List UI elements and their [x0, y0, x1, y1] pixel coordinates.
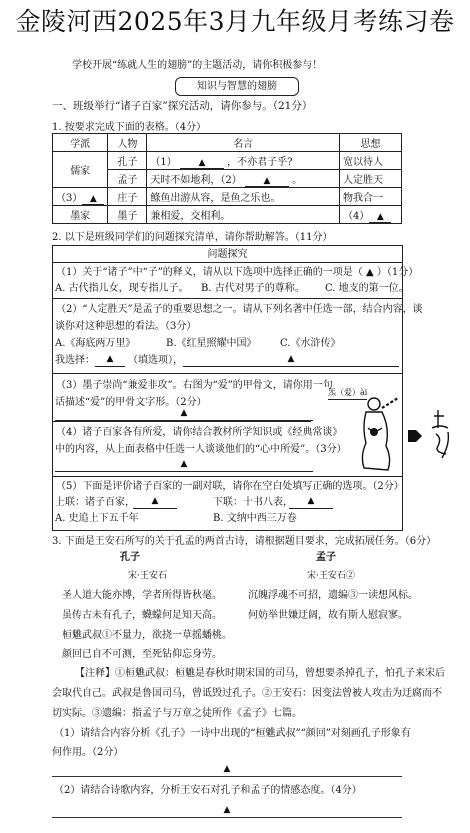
person-cell: 孟子 [108, 170, 147, 188]
person-figure-icon [352, 388, 462, 478]
section-banner: 知识与智慧的翅膀 [175, 77, 299, 96]
sub2-text-1: （2）“人定胜天”是孟子的重要思想之一。请从下列名著中任选一部，结合内容，谈 [56, 303, 423, 316]
notes-line: 会取代自己。武叔是鲁国司马，曾诋毁过孔子。②王安石：因变法曾被人攻击为迂腐而不 [52, 687, 442, 700]
table-header-row: 学派 人物 名言 思想 [53, 134, 402, 152]
q3-sub2-answer-line[interactable]: ▲ [52, 804, 402, 818]
header-quote: 名言 [147, 134, 340, 152]
school-cell: （3）▲ [53, 188, 108, 206]
person-cell: 孔子 [108, 152, 147, 170]
answer-blank-3[interactable]: ▲ [82, 194, 104, 205]
school-label: （3） [56, 193, 82, 204]
sub2-answer-line[interactable]: ▲ [183, 353, 399, 367]
inquiry-box-title: 问题探究 [53, 248, 402, 261]
sub4-text-1: （4）诸子百家各有所爱，请你结合教材所学知识或《经典常谈》 [56, 426, 342, 439]
sub2-text-2: 谈你对这种思想的看法。（3分） [55, 320, 196, 333]
header-thought: 思想 [340, 134, 402, 152]
q3-sub2-text: （2）请结合诗歌内容，分析王安石对孔子和孟子的情感态度。（4分） [54, 784, 362, 797]
q3-sub1-answer-line[interactable]: ▲ [52, 763, 402, 777]
sub1-option-b: B. 古代对男子的尊称。 [201, 282, 305, 295]
poem2-line: 何妨举世嫌迂阔，故有斯人慰寂寥。 [248, 609, 408, 622]
question-3-prompt: 3. 下面是王安石所写的关于孔孟的两首古诗，请根据题目要求，完成拓展任务。（6分… [52, 535, 436, 548]
q3-sub1-text-2: 何作用。（2分） [52, 746, 123, 759]
sub2-option-c: C.《水浒传》 [280, 337, 340, 350]
poem2-author: 宋·王安石② [307, 570, 355, 583]
sub4-answer-line[interactable]: ▲ [55, 458, 313, 472]
quote-cell: 兼相爱，交相利。 [147, 206, 340, 224]
poem1-line: 颜回已自不可测，至死钻仰忘身劳。 [62, 648, 222, 661]
q3-sub1-text-1: （1）请结合内容分析《孔子》一诗中出现的“桓魋武叔”“颜回”对刻画孔子形象有 [54, 727, 411, 740]
sub1-option-c: C. 地支的第一位。 [325, 282, 409, 295]
couplet-upper-label: 上联：诸子百家， [55, 496, 135, 509]
thought-label: （4） [343, 211, 369, 222]
page-title: 金陵河西2025年3月九年级月考练习卷 [0, 2, 470, 38]
thought-cell: 物我合一 [340, 188, 402, 206]
quote-suffix: 。 [292, 175, 302, 186]
oracle-character-icon [432, 410, 448, 458]
sub3-text-1: （3）墨子崇尚“兼爱非攻”。右图为“爱”的甲骨文，请你用一句 [56, 379, 333, 392]
couplet-lower-label: 下联：十书八表， [213, 496, 293, 509]
poem1-line: 圣人道大能亦博，学者所得皆秋毫。 [62, 589, 222, 602]
quote-suffix: ，不亦君子乎? [227, 157, 292, 168]
sub1-option-a: A. 古代指儿女，现专指儿子。 [55, 282, 189, 295]
person-cell: 墨子 [108, 206, 147, 224]
sub5-option-a: A. 史追上下五千年 [55, 512, 139, 525]
table-row: 儒家 孔子 （1） ▲ ，不亦君子乎? 宽以待人 [53, 152, 402, 170]
sub2-fill-label: （填选项）， [128, 354, 183, 367]
quote-cell: 天时不如地利，（2） ▲ 。 [147, 170, 340, 188]
school-cell: 墨家 [53, 206, 108, 224]
answer-blank-2[interactable]: ▲ [245, 176, 289, 187]
thought-cell: 宽以待人 [340, 152, 402, 170]
sub5-text: （5）下面是评价诸子百家的一副对联，请你在空白处填写正确的选项。（2分） [56, 480, 404, 493]
sub2-option-b: B.《红星照耀中国》 [166, 337, 257, 350]
couplet-lower-blank[interactable]: ▲ [289, 495, 333, 509]
notes-line: 【注释】①桓魋武叔：桓魋是春秋时期宋国的司马，曾想要杀掉孔子，怕孔子来宋后 [75, 667, 445, 680]
poem1-line: 虽传古未有孔子，蠛蠓何足知天高。 [62, 609, 222, 622]
oracle-bone-illustration [352, 388, 462, 478]
poem2-line: 沉魄浮魂不可招，遗编③一读想风标。 [248, 589, 418, 602]
sub2-option-a: A.《海底两万里》 [55, 337, 135, 350]
intro-text: 学校开展“练就人生的翅膀”的主题活动，请你积极参与！ [72, 59, 322, 72]
sub2-choice-blank[interactable]: ▲ [95, 353, 125, 367]
quote-cell: （1） ▲ ，不亦君子乎? [147, 152, 340, 170]
poem1-title: 孔子 [120, 551, 140, 564]
sub1-text: （1）关于“诸子”中“子”的释义，请从以下选项中选择正确的一项是（ ▲ ）（1分… [56, 266, 418, 279]
couplet-upper-blank[interactable]: ▲ [133, 495, 177, 509]
sub4-text-2: 中的内容，从上面表格中任选一人谈谈他们的“心中所爱”。（3分） [55, 443, 347, 456]
section-heading: 一、班级举行“诸子百家”探究活动，请你参与。（21分） [52, 100, 312, 113]
poem2-title: 孟子 [316, 551, 336, 564]
poem1-line: 桓魋武叔①不量力，欲挠一草摇蟠桃。 [62, 629, 232, 642]
poem1-author: 宋·王安石 [128, 570, 167, 583]
answer-blank-1[interactable]: ▲ [180, 158, 224, 169]
header-school: 学派 [53, 134, 108, 152]
school-cell: 儒家 [53, 152, 108, 188]
schools-table: 学派 人物 名言 思想 儒家 孔子 （1） ▲ ，不亦君子乎? 宽以待人 孟子 … [52, 133, 402, 224]
sub2-choose-label: 我选择： [55, 354, 95, 367]
thought-cell: （4）▲ [340, 206, 402, 224]
thought-cell: 人定胜天 [340, 170, 402, 188]
arrow-icon [408, 430, 422, 442]
sub5-option-b: B. 文纳中西三万卷 [213, 512, 297, 525]
header-person: 人物 [108, 134, 147, 152]
quote-prefix: 天时不如地利，（2） [150, 175, 241, 186]
sub3-answer-line[interactable]: ▲ [55, 407, 313, 421]
answer-blank-4[interactable]: ▲ [369, 212, 391, 223]
table-row: （3）▲ 庄子 鲦鱼出游从容，是鱼之乐也。 物我合一 [53, 188, 402, 206]
question-2-prompt: 2. 以下是班级同学们的问题探究清单，请你帮助解答。（11分） [52, 231, 332, 244]
inquiry-box: 问题探究 （1）关于“诸子”中“子”的释义，请从以下选项中选择正确的一项是（ ▲… [52, 245, 403, 531]
person-cell: 庄子 [108, 188, 147, 206]
quote-prefix: （1） [150, 157, 176, 168]
quote-cell: 鲦鱼出游从容，是鱼之乐也。 [147, 188, 340, 206]
notes-line: 切实际。③遗编：指孟子与万章之徒所作《孟子》七篇。 [52, 707, 302, 720]
table-row: 墨家 墨子 兼相爱，交相利。 （4）▲ [53, 206, 402, 224]
